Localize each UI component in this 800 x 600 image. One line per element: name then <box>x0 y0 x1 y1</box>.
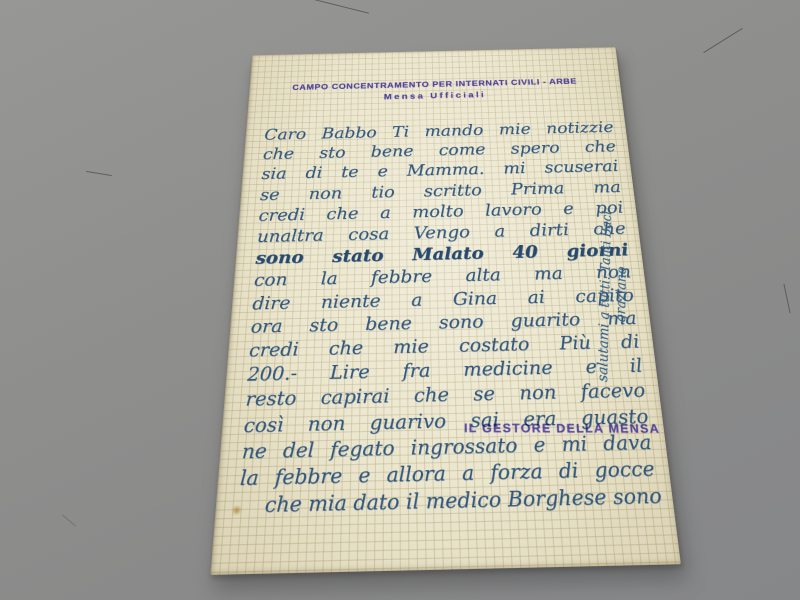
letter-paper: CAMPO CONCENTRAMENTO PER INTERNATI CIVIL… <box>210 47 680 575</box>
mess-manager-stamp: IL GESTORE DELLA MENSA <box>463 422 660 436</box>
margin-greeting-note: salutami a tutti. Tanti Baci graziano <box>593 169 633 437</box>
scratch-mark <box>62 514 76 526</box>
scratch-mark <box>783 284 790 314</box>
scratch-mark <box>86 171 112 176</box>
scratch-mark <box>703 28 743 53</box>
scratch-mark <box>299 0 369 14</box>
camp-header-stamp: CAMPO CONCENTRAMENTO PER INTERNATI CIVIL… <box>248 77 621 105</box>
photo-background: CAMPO CONCENTRAMENTO PER INTERNATI CIVIL… <box>0 0 800 600</box>
